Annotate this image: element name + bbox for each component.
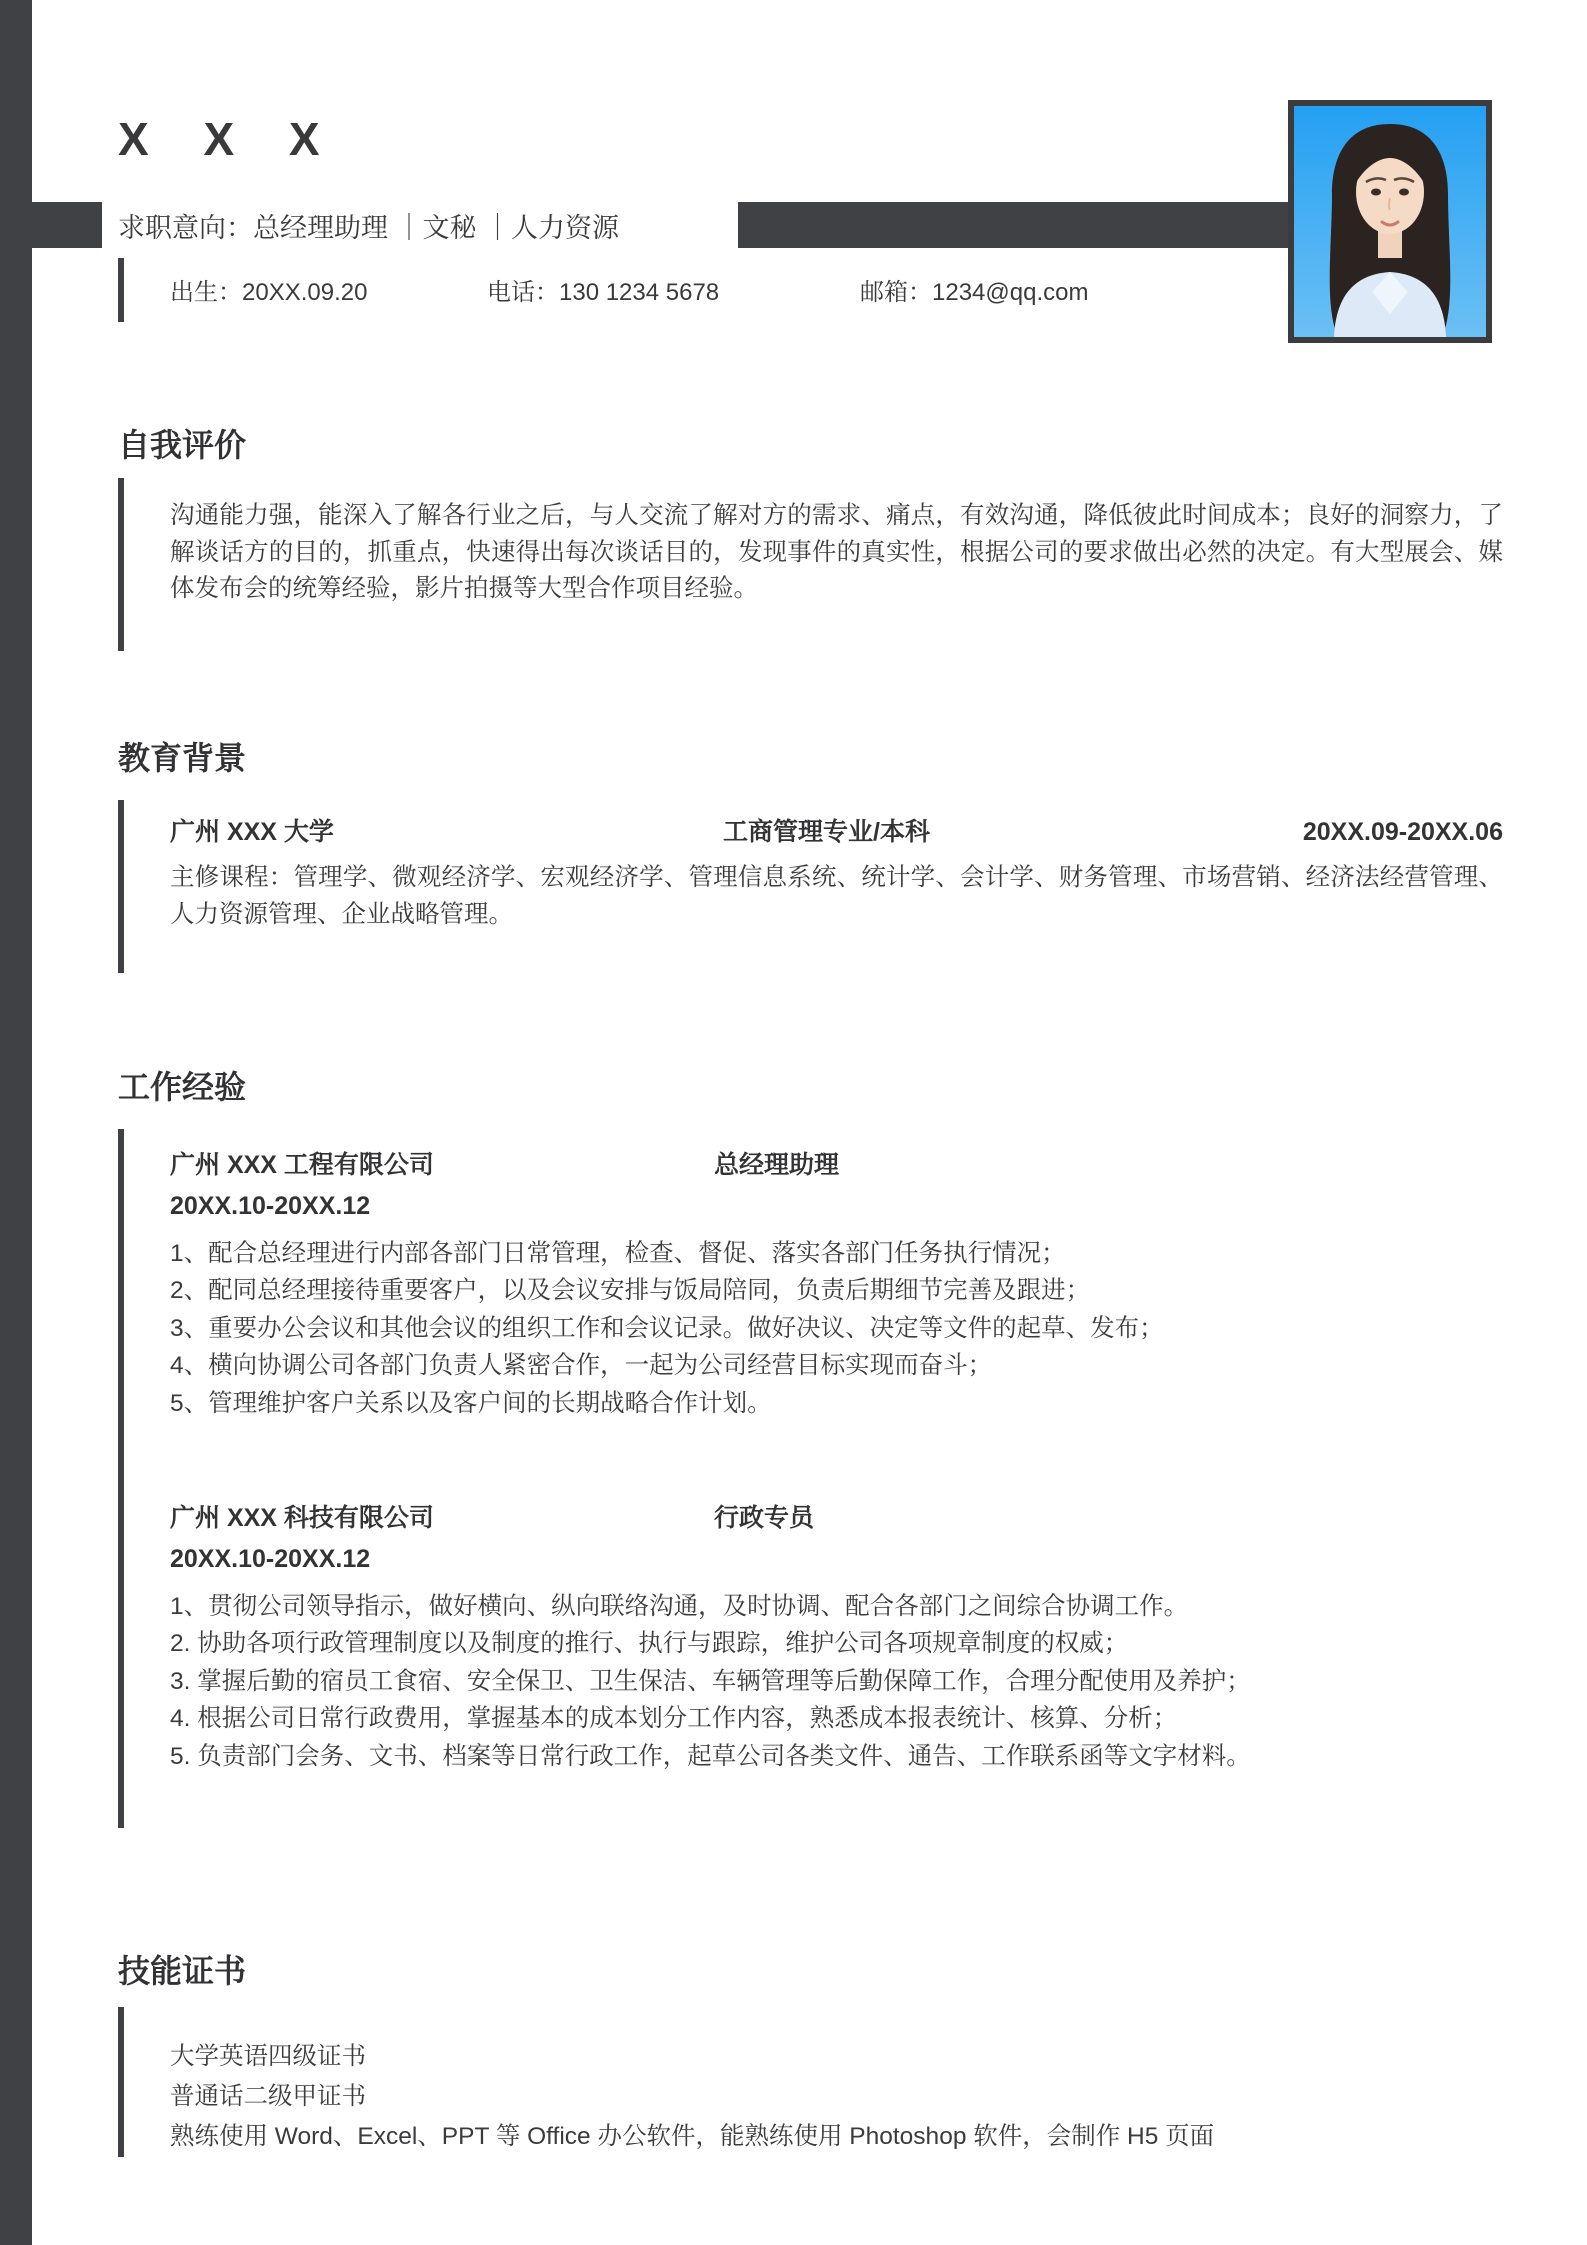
courses-paragraph: 主修课程：管理学、微观经济学、宏观经济学、管理信息系统、统计学、会计学、财务管理… (170, 859, 1503, 933)
phone-field: 电话：130 1234 5678 (487, 272, 719, 307)
job-2-duties: 1、贯彻公司领导指示，做好横向、纵向联络沟通，及时协调、配合各部门之间综合协调工… (170, 1588, 1503, 1775)
birth-field: 出生：20XX.09.20 (170, 272, 367, 307)
skill-item: 大学英语四级证书 (170, 2037, 1503, 2077)
job-2-company: 广州 XXX 科技有限公司 (170, 1502, 714, 1535)
job-2-duty: 4. 根据公司日常行政费用，掌握基本的成本划分工作内容，熟悉成本报表统计、核算、… (170, 1700, 1503, 1737)
job-2-duty: 2. 协助各项行政管理制度以及制度的推行、执行与跟踪，维护公司各项规章制度的权威… (170, 1625, 1503, 1662)
school-name: 广州 XXX 大学 (170, 816, 723, 849)
job-2-duty: 3. 掌握后勤的宿员工食宿、安全保卫、卫生保洁、车辆管理等后勤保障工作，合理分配… (170, 1663, 1503, 1700)
job-block-1: 广州 XXX 工程有限公司 总经理助理 20XX.10-20XX.12 1、配合… (170, 1149, 1503, 1422)
job-intent-text: 求职意向：总经理助理 ｜文秘 ｜人力资源 (102, 206, 619, 245)
email-field: 邮箱：1234@qq.com (860, 272, 1088, 307)
job-1-period: 20XX.10-20XX.12 (170, 1190, 1503, 1223)
job-2-period: 20XX.10-20XX.12 (170, 1543, 1503, 1576)
skill-item: 普通话二级甲证书 (170, 2077, 1503, 2117)
section-body-skills: 大学英语四级证书 普通话二级甲证书 熟练使用 Word、Excel、PPT 等 … (118, 2007, 1503, 2157)
job-2-role: 行政专员 (714, 1502, 1503, 1535)
major-name: 工商管理专业/本科 (723, 816, 1303, 849)
job-1-duty: 1、配合总经理进行内部各部门日常管理，检查、督促、落实各部门任务执行情况； (170, 1235, 1503, 1272)
section-title-education: 教育背景 (118, 733, 246, 779)
contact-row: 出生：20XX.09.20 电话：130 1234 5678 邮箱：1234@q… (118, 258, 1124, 322)
section-body-self-evaluation: 沟通能力强，能深入了解各行业之后，与人交流了解对方的需求、痛点，有效沟通，降低彼… (118, 478, 1503, 651)
education-header-row: 广州 XXX 大学 工商管理专业/本科 20XX.09-20XX.06 (170, 816, 1503, 849)
job-1-duties: 1、配合总经理进行内部各部门日常管理，检查、督促、落实各部门任务执行情况； 2、… (170, 1235, 1503, 1422)
section-title-self-evaluation: 自我评价 (118, 420, 246, 466)
skill-item: 熟练使用 Word、Excel、PPT 等 Office 办公软件，能熟练使用 … (170, 2117, 1503, 2157)
job-block-2: 广州 XXX 科技有限公司 行政专员 20XX.10-20XX.12 1、贯彻公… (170, 1502, 1503, 1775)
left-edge-bar (0, 0, 32, 2245)
job-2-header: 广州 XXX 科技有限公司 行政专员 (170, 1502, 1503, 1535)
job-1-role: 总经理助理 (714, 1149, 1503, 1182)
person-portrait-icon (1294, 106, 1486, 337)
intent-band: 求职意向：总经理助理 ｜文秘 ｜人力资源 (0, 202, 1288, 248)
candidate-name: X X X (118, 112, 324, 166)
education-period: 20XX.09-20XX.06 (1303, 816, 1503, 849)
job-1-header: 广州 XXX 工程有限公司 总经理助理 (170, 1149, 1503, 1182)
job-1-duty: 3、重要办公会议和其他会议的组织工作和会议记录。做好决议、决定等文件的起草、发布… (170, 1310, 1503, 1347)
section-title-skills: 技能证书 (118, 1946, 246, 1992)
job-2-duty: 5. 负责部门会务、文书、档案等日常行政工作，起草公司各类文件、通告、工作联系函… (170, 1738, 1503, 1775)
intent-box: 求职意向：总经理助理 ｜文秘 ｜人力资源 (102, 202, 738, 248)
section-title-work-experience: 工作经验 (118, 1062, 246, 1108)
profile-photo (1288, 100, 1492, 343)
section-body-work-experience: 广州 XXX 工程有限公司 总经理助理 20XX.10-20XX.12 1、配合… (118, 1129, 1503, 1828)
job-2-duty: 1、贯彻公司领导指示，做好横向、纵向联络沟通，及时协调、配合各部门之间综合协调工… (170, 1588, 1503, 1625)
resume-page: X X X 求职意向：总经理助理 ｜文秘 ｜人力资源 出生：20XX.09.20… (0, 0, 1587, 2245)
self-evaluation-paragraph: 沟通能力强，能深入了解各行业之后，与人交流了解对方的需求、痛点，有效沟通，降低彼… (170, 498, 1503, 608)
job-1-duty: 4、横向协调公司各部门负责人紧密合作，一起为公司经营目标实现而奋斗； (170, 1347, 1503, 1384)
job-1-duty: 5、管理维护客户关系以及客户间的长期战略合作计划。 (170, 1385, 1503, 1422)
section-body-education: 广州 XXX 大学 工商管理专业/本科 20XX.09-20XX.06 主修课程… (118, 800, 1503, 973)
job-1-company: 广州 XXX 工程有限公司 (170, 1149, 714, 1182)
job-1-duty: 2、配同总经理接待重要客户，以及会议安排与饭局陪同，负责后期细节完善及跟进； (170, 1272, 1503, 1309)
